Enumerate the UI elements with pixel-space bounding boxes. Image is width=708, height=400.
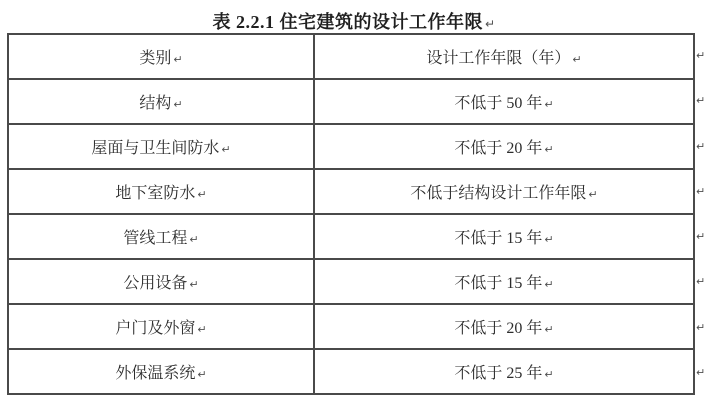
table-cell-category: 户门及外窗↵ — [8, 304, 314, 349]
table-row: 外保温系统↵ 不低于 25 年↵ — [8, 349, 694, 394]
cell-text: 公用设备 — [123, 275, 187, 292]
table-row: 地下室防水↵ 不低于结构设计工作年限↵ — [8, 169, 694, 214]
column-header-duration: 设计工作年限（年）↵ — [314, 34, 694, 79]
cell-text: 不低于结构设计工作年限 — [410, 185, 586, 202]
table-cell-duration: 不低于 15 年↵ — [314, 214, 694, 259]
paragraph-mark-icon: ↵ — [696, 321, 705, 334]
column-header-duration-text: 设计工作年限（年） — [426, 50, 570, 67]
cell-text: 不低于 15 年 — [454, 230, 542, 247]
paragraph-mark-icon: ↵ — [696, 275, 705, 288]
cell-text: 户门及外窗 — [115, 320, 195, 337]
table-cell-category: 外保温系统↵ — [8, 349, 314, 394]
column-header-category: 类别↵ — [8, 34, 314, 79]
cell-text: 外保温系统 — [115, 365, 195, 382]
row-end-paragraph-marks: ↵ ↵ ↵ ↵ ↵ ↵ ↵ ↵ — [696, 33, 708, 395]
cell-text: 不低于 20 年 — [454, 140, 542, 157]
paragraph-mark-icon: ↵ — [197, 323, 206, 336]
cell-text: 不低于 25 年 — [454, 365, 542, 382]
table-cell-duration: 不低于 20 年↵ — [314, 124, 694, 169]
table-row: 公用设备↵ 不低于 15 年↵ — [8, 259, 694, 304]
paragraph-mark-icon: ↵ — [544, 278, 553, 291]
cell-text: 屋面与卫生间防水 — [91, 140, 219, 157]
paragraph-mark-icon: ↵ — [696, 94, 705, 107]
table-row: 屋面与卫生间防水↵ 不低于 20 年↵ — [8, 124, 694, 169]
paragraph-mark-icon: ↵ — [197, 368, 206, 381]
cell-text: 地下室防水 — [115, 185, 195, 202]
paragraph-mark-icon: ↵ — [197, 188, 206, 201]
paragraph-mark-icon: ↵ — [572, 53, 581, 66]
paragraph-mark-icon: ↵ — [588, 188, 597, 201]
paragraph-mark-icon: ↵ — [696, 230, 705, 243]
paragraph-mark-icon: ↵ — [189, 278, 198, 291]
cell-text: 不低于 15 年 — [454, 275, 542, 292]
paragraph-mark-icon: ↵ — [544, 323, 553, 336]
cell-text: 管线工程 — [123, 230, 187, 247]
column-header-category-text: 类别 — [139, 50, 171, 67]
paragraph-mark-icon: ↵ — [544, 368, 553, 381]
table-cell-category: 屋面与卫生间防水↵ — [8, 124, 314, 169]
paragraph-mark-icon: ↵ — [696, 49, 705, 62]
table-caption-text: 表 2.2.1 住宅建筑的设计工作年限 — [212, 12, 483, 32]
paragraph-mark-icon: ↵ — [544, 98, 553, 111]
table-row: 户门及外窗↵ 不低于 20 年↵ — [8, 304, 694, 349]
cell-text: 结构 — [139, 95, 171, 112]
paragraph-mark-icon: ↵ — [696, 140, 705, 153]
table-cell-category: 公用设备↵ — [8, 259, 314, 304]
paragraph-mark-icon: ↵ — [173, 53, 182, 66]
table-row: 管线工程↵ 不低于 15 年↵ — [8, 214, 694, 259]
paragraph-mark-icon: ↵ — [696, 185, 705, 198]
table-cell-duration: 不低于 15 年↵ — [314, 259, 694, 304]
table-caption: 表 2.2.1 住宅建筑的设计工作年限↵ — [0, 8, 708, 34]
table-cell-duration: 不低于 50 年↵ — [314, 79, 694, 124]
paragraph-mark-icon: ↵ — [544, 233, 553, 246]
table-cell-duration: 不低于 20 年↵ — [314, 304, 694, 349]
table-cell-duration: 不低于 25 年↵ — [314, 349, 694, 394]
table-cell-duration: 不低于结构设计工作年限↵ — [314, 169, 694, 214]
table-cell-category: 结构↵ — [8, 79, 314, 124]
table-row: 结构↵ 不低于 50 年↵ — [8, 79, 694, 124]
paragraph-mark-icon: ↵ — [173, 98, 182, 111]
table-header-row: 类别↵ 设计工作年限（年）↵ — [8, 34, 694, 79]
paragraph-mark-icon: ↵ — [485, 17, 496, 31]
paragraph-mark-icon: ↵ — [189, 233, 198, 246]
cell-text: 不低于 20 年 — [454, 320, 542, 337]
cell-text: 不低于 50 年 — [454, 95, 542, 112]
paragraph-mark-icon: ↵ — [696, 366, 705, 379]
document-page: 表 2.2.1 住宅建筑的设计工作年限↵ 类别↵ 设计工作年限（年）↵ 结构↵ … — [0, 0, 708, 400]
table-cell-category: 管线工程↵ — [8, 214, 314, 259]
paragraph-mark-icon: ↵ — [544, 143, 553, 156]
table-cell-category: 地下室防水↵ — [8, 169, 314, 214]
design-working-life-table: 类别↵ 设计工作年限（年）↵ 结构↵ 不低于 50 年↵ 屋面与卫生间防水↵ 不… — [7, 33, 695, 395]
paragraph-mark-icon: ↵ — [221, 143, 230, 156]
